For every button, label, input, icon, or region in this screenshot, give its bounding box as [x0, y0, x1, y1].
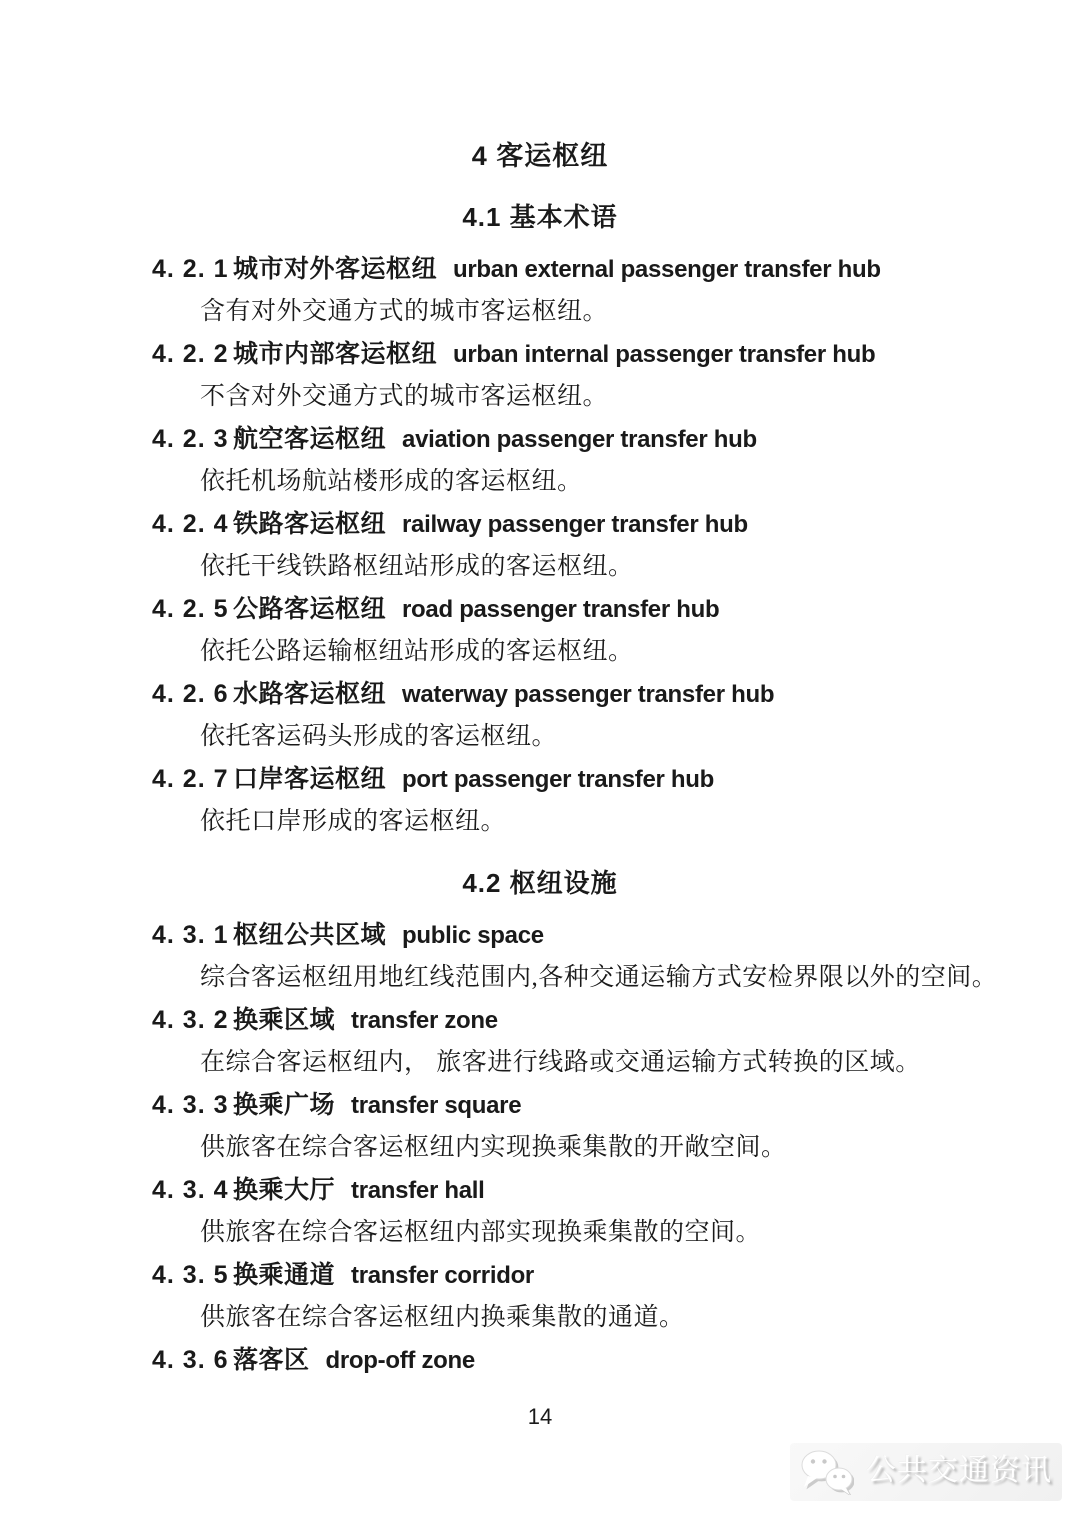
term-name-zh: 换乘大厅: [233, 1169, 335, 1211]
term-number: 4. 2. 3: [152, 418, 233, 460]
term-name-zh: 落客区: [233, 1339, 310, 1381]
term-number: 4. 2. 4: [152, 503, 233, 545]
term-line: 4. 3. 1枢纽公共区域public space: [152, 914, 960, 957]
term-name-en: public space: [402, 915, 544, 957]
term-name-en: road passenger transfer hub: [402, 589, 719, 631]
term-name-zh: 口岸客运枢纽: [233, 758, 386, 800]
term-line: 4. 3. 3换乘广场transfer square: [152, 1084, 960, 1127]
term-definition: 供旅客在综合客运枢纽内实现换乘集散的开敞空间。: [152, 1127, 960, 1169]
term-number: 4. 2. 1: [152, 248, 233, 290]
term-number: 4. 3. 5: [152, 1254, 233, 1296]
term-line: 4. 3. 2换乘区域transfer zone: [152, 999, 960, 1042]
term-definition: 在综合客运枢纽内， 旅客进行线路或交通运输方式转换的区域。: [152, 1042, 960, 1084]
term-number: 4. 2. 2: [152, 333, 233, 375]
wechat-icon: [798, 1447, 854, 1495]
term-number: 4. 3. 1: [152, 914, 233, 956]
page-number: 14: [0, 1404, 1080, 1430]
term-name-zh: 铁路客运枢纽: [233, 503, 386, 545]
chapter-title: 4 客运枢纽: [120, 135, 960, 177]
term-name-zh: 公路客运枢纽: [233, 588, 386, 630]
term-definition: 依托客运码头形成的客运枢纽。: [152, 716, 960, 758]
term-definition: 供旅客在综合客运枢纽内部实现换乘集散的空间。: [152, 1212, 960, 1254]
term-number: 4. 3. 3: [152, 1084, 233, 1126]
term-line: 4. 2. 7口岸客运枢纽port passenger transfer hub: [152, 758, 960, 801]
term-line: 4. 2. 4铁路客运枢纽railway passenger transfer …: [152, 503, 960, 546]
watermark-text: 公共交通资讯: [866, 1456, 1052, 1486]
term-line: 4. 2. 1城市对外客运枢纽urban external passenger …: [152, 248, 960, 291]
term-name-en: urban external passenger transfer hub: [453, 249, 881, 291]
term-name-zh: 换乘区域: [233, 999, 335, 1041]
term-number: 4. 3. 2: [152, 999, 233, 1041]
term-number: 4. 2. 5: [152, 588, 233, 630]
term-name-zh: 枢纽公共区域: [233, 914, 386, 956]
term-name-en: drop-off zone: [326, 1340, 475, 1382]
term-number: 4. 2. 7: [152, 758, 233, 800]
term-name-zh: 航空客运枢纽: [233, 418, 386, 460]
sections-container: 4.1 基本术语4. 2. 1城市对外客运枢纽urban external pa…: [152, 196, 960, 1382]
term-definition: 综合客运枢纽用地红线范围内,各种交通运输方式安检界限以外的空间。: [152, 957, 960, 999]
term-number: 4. 3. 4: [152, 1169, 233, 1211]
document-page: 4 客运枢纽 4.1 基本术语4. 2. 1城市对外客运枢纽urban exte…: [0, 0, 1080, 1527]
term-name-zh: 换乘广场: [233, 1084, 335, 1126]
term-line: 4. 3. 6落客区drop-off zone: [152, 1339, 960, 1382]
term-name-zh: 水路客运枢纽: [233, 673, 386, 715]
term-name-zh: 换乘通道: [233, 1254, 335, 1296]
term-name-zh: 城市对外客运枢纽: [233, 248, 437, 290]
watermark: 公共交通资讯: [790, 1443, 1062, 1501]
term-name-en: transfer zone: [351, 1000, 498, 1042]
term-definition: 供旅客在综合客运枢纽内换乘集散的通道。: [152, 1297, 960, 1339]
term-name-en: waterway passenger transfer hub: [402, 674, 774, 716]
term-line: 4. 2. 5公路客运枢纽road passenger transfer hub: [152, 588, 960, 631]
term-line: 4. 2. 6水路客运枢纽waterway passenger transfer…: [152, 673, 960, 716]
term-number: 4. 3. 6: [152, 1339, 233, 1381]
term-name-en: railway passenger transfer hub: [402, 504, 748, 546]
term-line: 4. 2. 2城市内部客运枢纽urban internal passenger …: [152, 333, 960, 376]
section-heading: 4.2 枢纽设施: [120, 862, 960, 904]
term-definition: 含有对外交通方式的城市客运枢纽。: [152, 291, 960, 333]
term-definition: 依托机场航站楼形成的客运枢纽。: [152, 461, 960, 503]
term-definition: 依托公路运输枢纽站形成的客运枢纽。: [152, 631, 960, 673]
term-definition: 依托口岸形成的客运枢纽。: [152, 801, 960, 843]
term-definition: 不含对外交通方式的城市客运枢纽。: [152, 376, 960, 418]
term-name-en: aviation passenger transfer hub: [402, 419, 757, 461]
term-definition: 依托干线铁路枢纽站形成的客运枢纽。: [152, 546, 960, 588]
term-name-en: transfer square: [351, 1085, 521, 1127]
term-line: 4. 2. 3航空客运枢纽aviation passenger transfer…: [152, 418, 960, 461]
term-name-en: port passenger transfer hub: [402, 759, 714, 801]
term-name-en: transfer hall: [351, 1170, 484, 1212]
term-name-en: transfer corridor: [351, 1255, 534, 1297]
term-name-zh: 城市内部客运枢纽: [233, 333, 437, 375]
term-line: 4. 3. 4换乘大厅transfer hall: [152, 1169, 960, 1212]
section-heading: 4.1 基本术语: [120, 196, 960, 238]
term-name-en: urban internal passenger transfer hub: [453, 334, 875, 376]
term-line: 4. 3. 5换乘通道transfer corridor: [152, 1254, 960, 1297]
term-number: 4. 2. 6: [152, 673, 233, 715]
